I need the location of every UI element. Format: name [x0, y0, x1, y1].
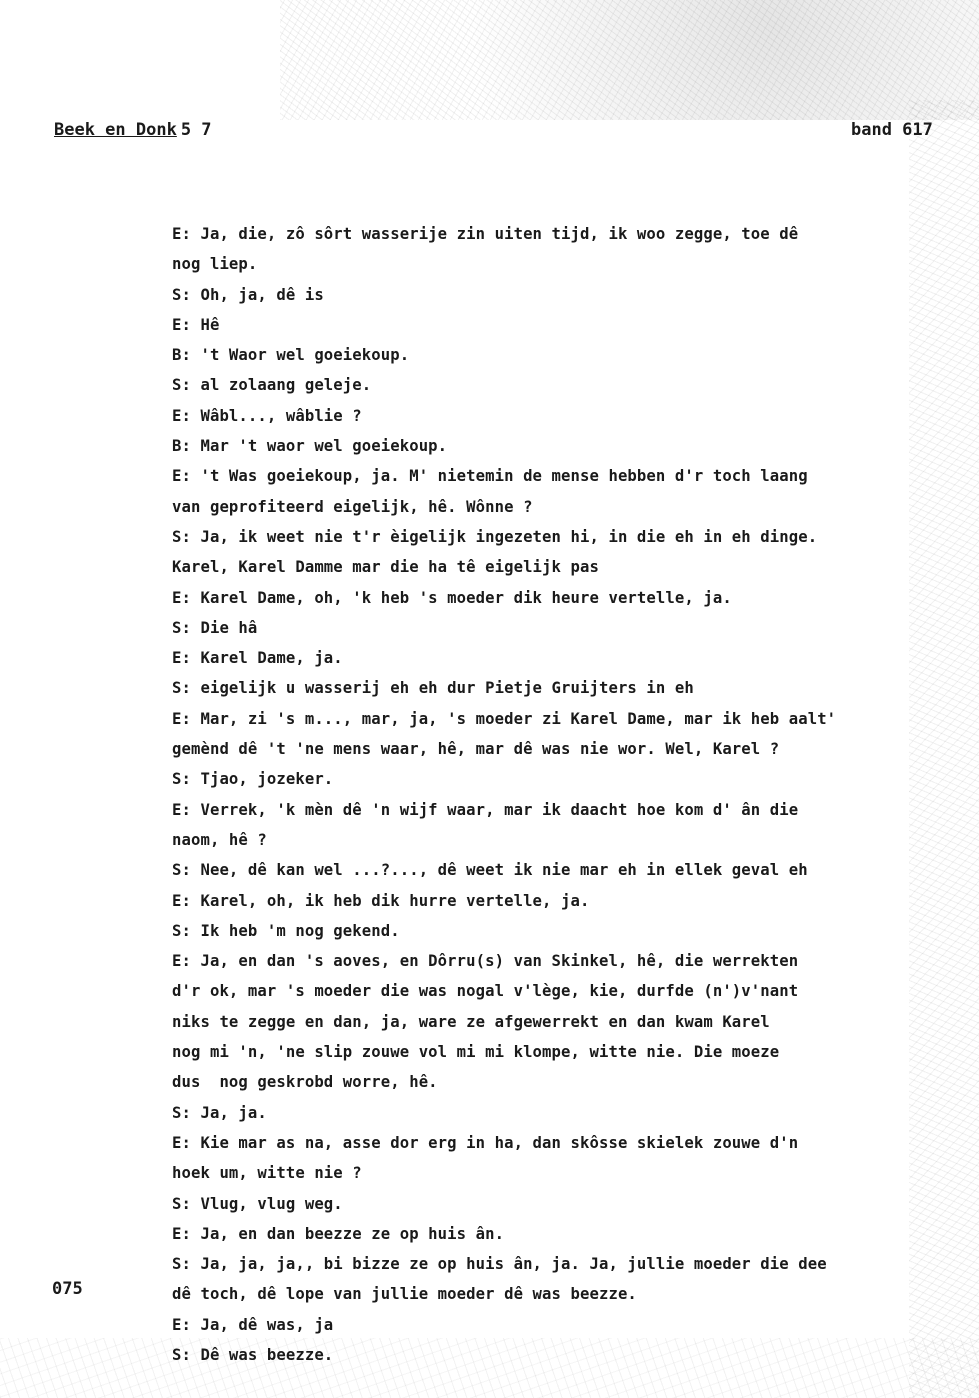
- transcript-line: S: Die hâ: [172, 613, 912, 643]
- transcript-line: S: Ja, ik weet nie t'r èigelijk ingezete…: [172, 522, 912, 552]
- transcript-line: nog liep.: [172, 249, 912, 279]
- transcript-line: S: Ja, ja.: [172, 1098, 912, 1128]
- transcript-line: dus nog geskrobd worre, hê.: [172, 1067, 912, 1097]
- transcript-line: van geprofiteerd eigelijk, hê. Wônne ?: [172, 492, 912, 522]
- transcript-line: E: Ja, dê was, ja: [172, 1310, 912, 1340]
- transcript-line: nog mi 'n, 'ne slip zouwe vol mi mi klom…: [172, 1037, 912, 1067]
- transcript-line: S: Ik heb 'm nog gekend.: [172, 916, 912, 946]
- transcript-line: E: Karel, oh, ik heb dik hurre vertelle,…: [172, 886, 912, 916]
- scan-noise-right: [909, 100, 979, 1398]
- transcript-line: E: Ja, die, zô sôrt wasserije zin uiten …: [172, 219, 912, 249]
- transcript-line: Karel, Karel Damme mar die ha tê eigelij…: [172, 552, 912, 582]
- transcript-line: S: Oh, ja, dê is: [172, 280, 912, 310]
- transcript-body: E: Ja, die, zô sôrt wasserije zin uiten …: [172, 219, 912, 1370]
- transcript-line: d'r ok, mar 's moeder die was nogal v'lè…: [172, 976, 912, 1006]
- transcript-line: B: 't Waor wel goeiekoup.: [172, 340, 912, 370]
- document-header-location: Beek en Donk5 7: [54, 120, 212, 140]
- transcript-line: S: Nee, dê kan wel ...?..., dê weet ik n…: [172, 855, 912, 885]
- transcript-line: E: Hê: [172, 310, 912, 340]
- transcript-line: naom, hê ?: [172, 825, 912, 855]
- scan-noise-top: [280, 0, 979, 120]
- transcript-line: niks te zegge en dan, ja, ware ze afgewe…: [172, 1007, 912, 1037]
- transcript-line: E: 't Was goeiekoup, ja. M' nietemin de …: [172, 461, 912, 491]
- transcript-line: S: Vlug, vlug weg.: [172, 1189, 912, 1219]
- transcript-line: E: Karel Dame, oh, 'k heb 's moeder dik …: [172, 583, 912, 613]
- transcript-line: E: Ja, en dan 's aoves, en Dôrru(s) van …: [172, 946, 912, 976]
- transcript-line: E: Verrek, 'k mèn dê 'n wijf waar, mar i…: [172, 795, 912, 825]
- page-number: 5 7: [181, 120, 212, 140]
- place-name: Beek en Donk: [54, 120, 177, 140]
- transcript-line: E: Kie mar as na, asse dor erg in ha, da…: [172, 1128, 912, 1158]
- tape-number: band 617: [851, 120, 933, 140]
- transcript-line: B: Mar 't waor wel goeiekoup.: [172, 431, 912, 461]
- margin-counter: 075: [52, 1279, 83, 1299]
- transcript-line: hoek um, witte nie ?: [172, 1158, 912, 1188]
- transcript-line: S: Dê was beezze.: [172, 1340, 912, 1370]
- transcript-line: E: Karel Dame, ja.: [172, 643, 912, 673]
- transcript-line: gemènd dê 't 'ne mens waar, hê, mar dê w…: [172, 734, 912, 764]
- transcript-line: E: Wâbl..., wâblie ?: [172, 401, 912, 431]
- transcript-line: S: Ja, ja, ja,, bi bizze ze op huis ân, …: [172, 1249, 912, 1279]
- transcript-line: S: eigelijk u wasserij eh eh dur Pietje …: [172, 673, 912, 703]
- transcript-line: S: Tjao, jozeker.: [172, 764, 912, 794]
- transcript-line: dê toch, dê lope van jullie moeder dê wa…: [172, 1279, 912, 1309]
- transcript-line: S: al zolaang geleje.: [172, 370, 912, 400]
- transcript-line: E: Mar, zi 's m..., mar, ja, 's moeder z…: [172, 704, 912, 734]
- transcript-line: E: Ja, en dan beezze ze op huis ân.: [172, 1219, 912, 1249]
